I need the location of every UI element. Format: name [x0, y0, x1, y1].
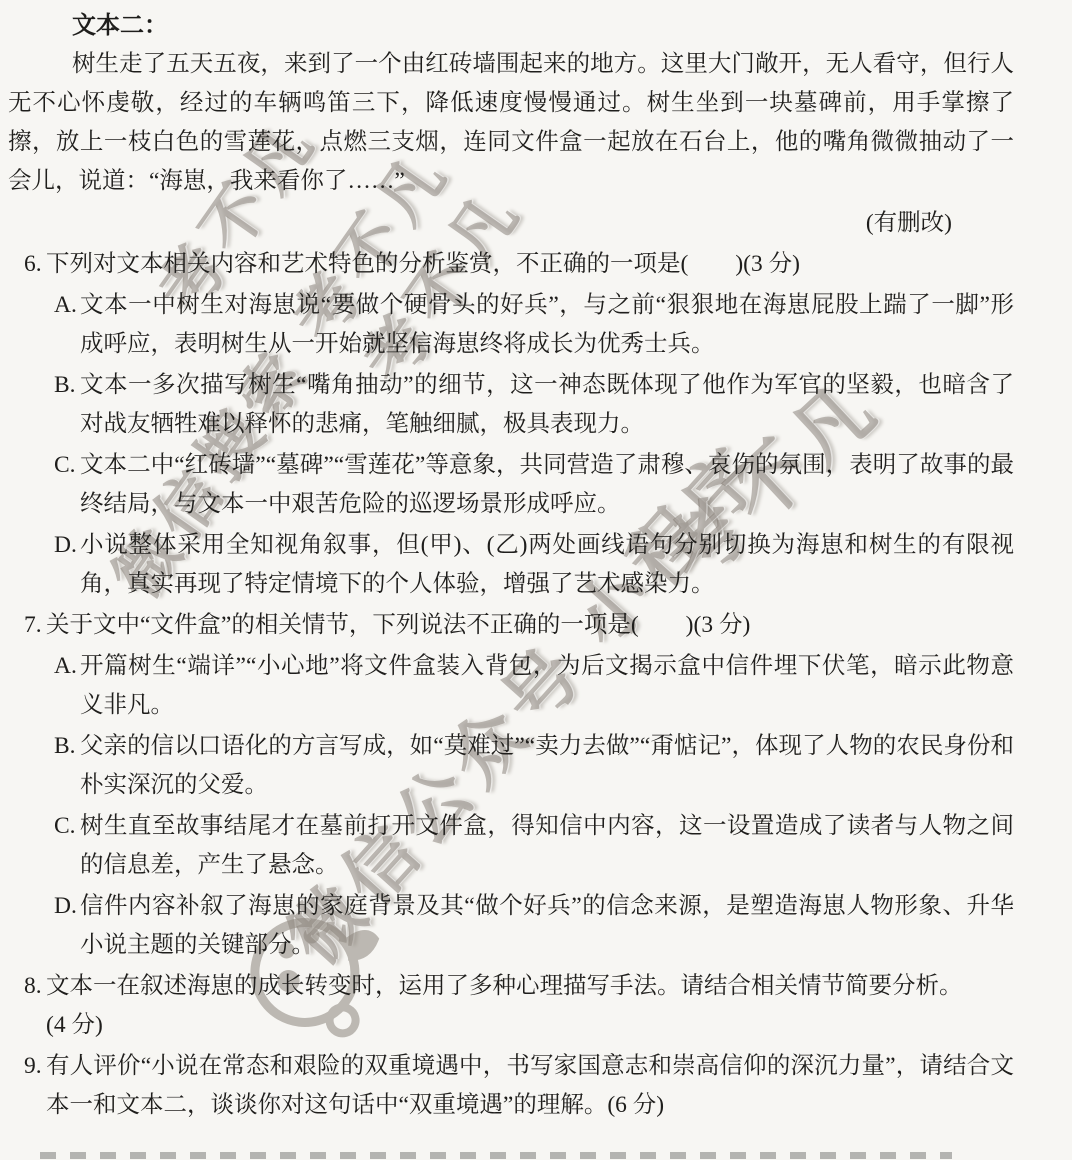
option-label: D.: [54, 526, 77, 565]
question-6: 6. 下列对文本相关内容和艺术特色的分析鉴赏，不正确的一项是( )(3 分) A…: [8, 245, 1014, 604]
option-label: B.: [54, 366, 76, 405]
question-6-option-c: C. 文本二中“红砖墙”“墓碑”“雪莲花”等意象，共同营造了肃穆、哀伤的氛围，表…: [46, 446, 1014, 524]
cut-off-text-line: [40, 1152, 952, 1159]
scanned-exam-page: 考不凡 微信搜索 考不凡 考不凡 微信公众号 小程序 考不凡 文本二： 树生走了…: [0, 0, 1072, 1160]
section-heading: 文本二：: [72, 6, 1014, 45]
question-7-option-a: A. 开篇树生“端详”“小心地”将文件盒装入背包，为后文揭示盒中信件埋下伏笔，暗…: [46, 647, 1014, 725]
option-label: B.: [54, 727, 76, 766]
question-7: 7. 关于文中“文件盒”的相关情节，下列说法不正确的一项是( )(3 分) A.…: [8, 606, 1014, 965]
body-paragraph: 树生走了五天五夜，来到了一个由红砖墙围起来的地方。这里大门敞开，无人看守，但行人…: [8, 45, 1014, 201]
option-text: 文本一多次描写树生“嘴角抽动”的细节，这一神态既体现了他作为军官的坚毅，也暗含了…: [80, 366, 1014, 444]
question-7-option-b: B. 父亲的信以口语化的方言写成，如“莫难过”“卖力去做”“甭惦记”，体现了人物…: [46, 727, 1014, 805]
option-text: 树生直至故事结尾才在墓前打开文件盒，得知信中内容，这一设置造成了读者与人物之间的…: [80, 807, 1014, 885]
question-number: 7.: [24, 606, 42, 645]
question-number: 8.: [24, 967, 42, 1006]
attribution-note: (有删改): [8, 204, 1014, 243]
option-text: 父亲的信以口语化的方言写成，如“莫难过”“卖力去做”“甭惦记”，体现了人物的农民…: [80, 727, 1014, 805]
option-text: 文本一中树生对海崽说“要做个硬骨头的好兵”，与之前“狠狠地在海崽屁股上踹了一脚”…: [80, 286, 1014, 364]
option-text: 小说整体采用全知视角叙事，但(甲)、(乙)两处画线语句分别切换为海崽和树生的有限…: [80, 526, 1014, 604]
option-label: C.: [54, 446, 76, 485]
question-stem: 文本一在叙述海崽的成长转变时，运用了多种心理描写手法。请结合相关情节简要分析。 …: [46, 967, 1014, 1045]
option-label: A.: [54, 286, 77, 325]
option-text: 开篇树生“端详”“小心地”将文件盒装入背包，为后文揭示盒中信件埋下伏笔，暗示此物…: [80, 647, 1014, 725]
document-content: 文本二： 树生走了五天五夜，来到了一个由红砖墙围起来的地方。这里大门敞开，无人看…: [0, 0, 1072, 1125]
question-8: 8. 文本一在叙述海崽的成长转变时，运用了多种心理描写手法。请结合相关情节简要分…: [8, 967, 1014, 1045]
option-text: 信件内容补叙了海崽的家庭背景及其“做个好兵”的信念来源，是塑造海崽人物形象、升华…: [80, 887, 1014, 965]
question-7-option-d: D. 信件内容补叙了海崽的家庭背景及其“做个好兵”的信念来源，是塑造海崽人物形象…: [46, 887, 1014, 965]
question-7-option-c: C. 树生直至故事结尾才在墓前打开文件盒，得知信中内容，这一设置造成了读者与人物…: [46, 807, 1014, 885]
option-label: C.: [54, 807, 76, 846]
option-text: 文本二中“红砖墙”“墓碑”“雪莲花”等意象，共同营造了肃穆、哀伤的氛围，表明了故…: [80, 446, 1014, 524]
question-number: 9.: [24, 1047, 42, 1086]
question-number: 6.: [24, 245, 42, 284]
question-9: 9. 有人评价“小说在常态和艰险的双重境遇中，书写家国意志和崇高信仰的深沉力量”…: [8, 1047, 1014, 1125]
question-6-option-a: A. 文本一中树生对海崽说“要做个硬骨头的好兵”，与之前“狠狠地在海崽屁股上踹了…: [46, 286, 1014, 364]
option-label: A.: [54, 647, 77, 686]
question-stem: 有人评价“小说在常态和艰险的双重境遇中，书写家国意志和崇高信仰的深沉力量”，请结…: [46, 1047, 1014, 1125]
question-6-option-b: B. 文本一多次描写树生“嘴角抽动”的细节，这一神态既体现了他作为军官的坚毅，也…: [46, 366, 1014, 444]
question-stem: 下列对文本相关内容和艺术特色的分析鉴赏，不正确的一项是( )(3 分): [46, 245, 1014, 284]
question-stem: 关于文中“文件盒”的相关情节，下列说法不正确的一项是( )(3 分): [46, 606, 1014, 645]
option-label: D.: [54, 887, 77, 926]
question-6-option-d: D. 小说整体采用全知视角叙事，但(甲)、(乙)两处画线语句分别切换为海崽和树生…: [46, 526, 1014, 604]
